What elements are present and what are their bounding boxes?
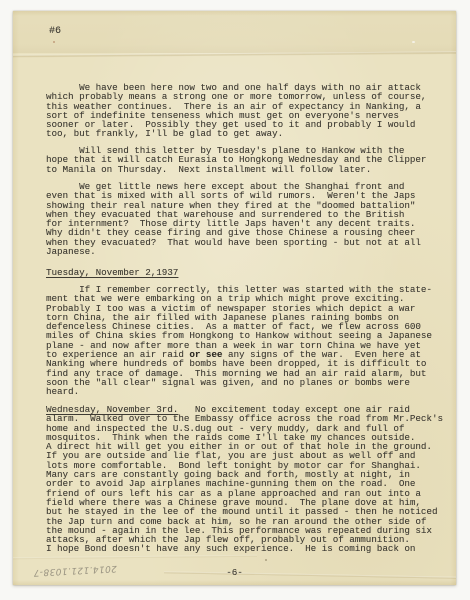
letter-number: #6 <box>49 27 61 36</box>
paper-blemish <box>412 41 415 43</box>
paper-fold-band <box>13 11 456 53</box>
paper-crease-bottom-left <box>13 555 257 560</box>
scanner-background: #6 We have been here now two and one hal… <box>0 0 470 600</box>
letter-page: #6 We have been here now two and one hal… <box>13 11 456 585</box>
paragraph-shanghai-news: We get little news here except about the… <box>46 182 421 256</box>
date-heading-text: Tuesday, November 2,1937 <box>46 267 178 278</box>
paragraph-trip-recollection: If I remember correctly, this letter was… <box>46 285 432 397</box>
paper-stain <box>53 41 55 43</box>
paragraph-mail-plans: Will send this letter by Tuesday's plane… <box>46 146 426 174</box>
paragraph-no-air-attack: We have been here now two and one half d… <box>46 83 426 139</box>
heading-tuesday-november-2-1937: Tuesday, November 2,1937 <box>46 268 178 277</box>
paragraph-wednesday-entry: Wednesday, November 3rd. No excitement t… <box>46 405 443 554</box>
paragraph-text: No excitement today except one air raid … <box>46 404 443 554</box>
paper-crease-top <box>13 51 456 57</box>
paper-stain <box>265 559 267 561</box>
